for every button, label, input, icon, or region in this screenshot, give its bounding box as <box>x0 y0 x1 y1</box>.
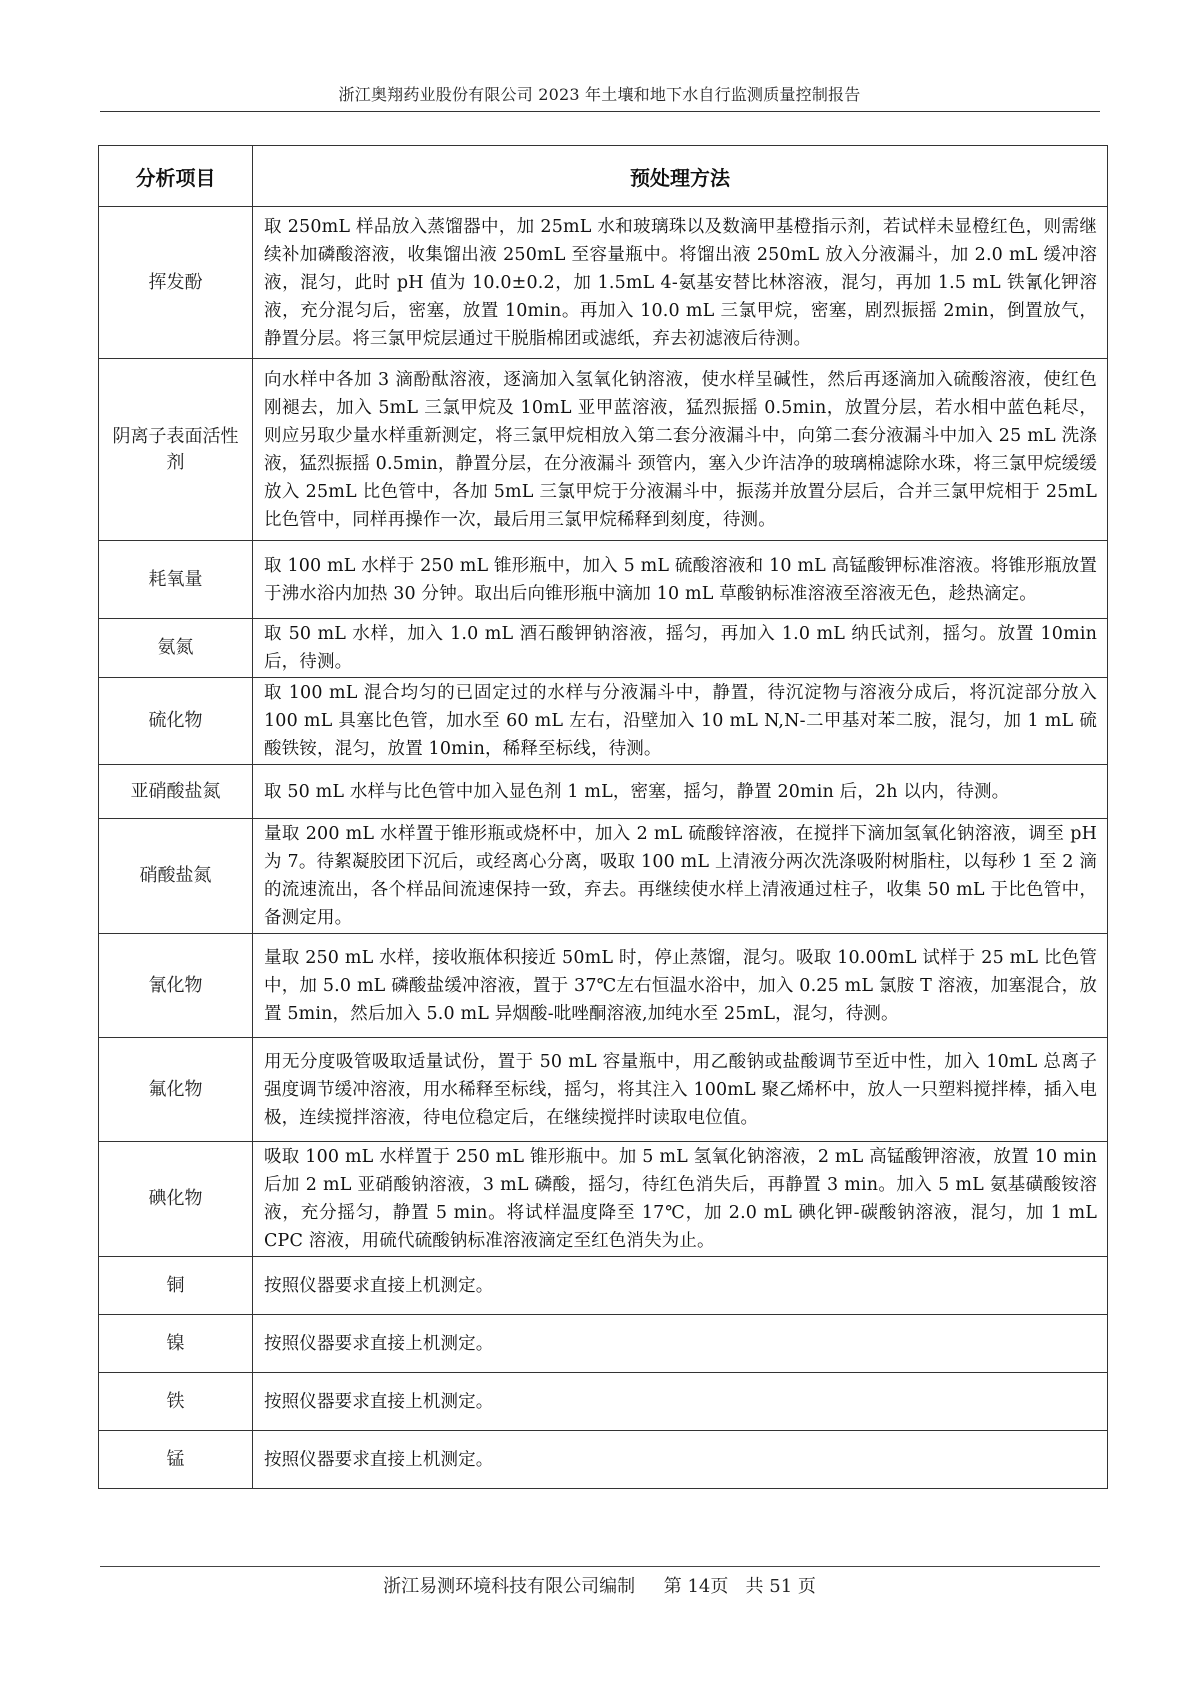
analysis-item-cell: 挥发酚 <box>99 207 253 359</box>
table-row: 硝酸盐氮 量取 200 mL 水样置于锥形瓶或烧杯中，加入 2 mL 硫酸锌溶液… <box>99 819 1108 934</box>
table-row: 阴离子表面活性剂 向水样中各加 3 滴酚酞溶液，逐滴加入氢氧化钠溶液，使水样呈碱… <box>99 359 1108 541</box>
method-cell: 量取 200 mL 水样置于锥形瓶或烧杯中，加入 2 mL 硫酸锌溶液，在搅拌下… <box>253 819 1108 934</box>
table-header-row: 分析项目 预处理方法 <box>99 146 1108 207</box>
analysis-item-cell: 氰化物 <box>99 934 253 1038</box>
method-cell: 取 100 mL 水样于 250 mL 锥形瓶中，加入 5 mL 硫酸溶液和 1… <box>253 541 1108 619</box>
analysis-item-cell: 铜 <box>99 1257 253 1315</box>
header-divider <box>100 111 1100 112</box>
analysis-item-cell: 氟化物 <box>99 1038 253 1142</box>
table-row: 耗氧量 取 100 mL 水样于 250 mL 锥形瓶中，加入 5 mL 硫酸溶… <box>99 541 1108 619</box>
method-cell: 按照仪器要求直接上机测定。 <box>253 1257 1108 1315</box>
method-cell: 取 100 mL 混合均匀的已固定过的水样与分液漏斗中，静置，待沉淀物与溶液分成… <box>253 678 1108 765</box>
analysis-item-cell: 氨氮 <box>99 619 253 678</box>
method-cell: 吸取 100 mL 水样置于 250 mL 锥形瓶中。加 5 mL 氢氧化钠溶液… <box>253 1142 1108 1257</box>
table-row: 碘化物 吸取 100 mL 水样置于 250 mL 锥形瓶中。加 5 mL 氢氧… <box>99 1142 1108 1257</box>
analysis-item-cell: 锰 <box>99 1431 253 1489</box>
analysis-item-cell: 硫化物 <box>99 678 253 765</box>
table-row: 挥发酚 取 250mL 样品放入蒸馏器中，加 25mL 水和玻璃珠以及数滴甲基橙… <box>99 207 1108 359</box>
method-cell: 按照仪器要求直接上机测定。 <box>253 1431 1108 1489</box>
table-row: 氨氮 取 50 mL 水样，加入 1.0 mL 酒石酸钾钠溶液，摇匀，再加入 1… <box>99 619 1108 678</box>
method-cell: 取 50 mL 水样与比色管中加入显色剂 1 mL，密塞，摇匀，静置 20min… <box>253 765 1108 819</box>
method-cell: 按照仪器要求直接上机测定。 <box>253 1315 1108 1373</box>
table-row: 氟化物 用无分度吸管吸取适量试份，置于 50 mL 容量瓶中，用乙酸钠或盐酸调节… <box>99 1038 1108 1142</box>
method-cell: 向水样中各加 3 滴酚酞溶液，逐滴加入氢氧化钠溶液，使水样呈碱性，然后再逐滴加入… <box>253 359 1108 541</box>
method-cell: 取 50 mL 水样，加入 1.0 mL 酒石酸钾钠溶液，摇匀，再加入 1.0 … <box>253 619 1108 678</box>
table-row: 亚硝酸盐氮 取 50 mL 水样与比色管中加入显色剂 1 mL，密塞，摇匀，静置… <box>99 765 1108 819</box>
table-row: 铁 按照仪器要求直接上机测定。 <box>99 1373 1108 1431</box>
method-cell: 用无分度吸管吸取适量试份，置于 50 mL 容量瓶中，用乙酸钠或盐酸调节至近中性… <box>253 1038 1108 1142</box>
analysis-item-cell: 亚硝酸盐氮 <box>99 765 253 819</box>
table-row: 锰 按照仪器要求直接上机测定。 <box>99 1431 1108 1489</box>
table-row: 氰化物 量取 250 mL 水样，接收瓶体积接近 50mL 时，停止蒸馏，混匀。… <box>99 934 1108 1038</box>
page-header-title: 浙江奥翔药业股份有限公司 2023 年土壤和地下水自行监测质量控制报告 <box>0 82 1199 105</box>
method-cell: 按照仪器要求直接上机测定。 <box>253 1373 1108 1431</box>
method-cell: 取 250mL 样品放入蒸馏器中，加 25mL 水和玻璃珠以及数滴甲基橙指示剂，… <box>253 207 1108 359</box>
analysis-item-cell: 阴离子表面活性剂 <box>99 359 253 541</box>
footer-divider <box>100 1566 1100 1567</box>
column-header-pretreatment-method: 预处理方法 <box>253 146 1108 207</box>
table-row: 硫化物 取 100 mL 混合均匀的已固定过的水样与分液漏斗中，静置，待沉淀物与… <box>99 678 1108 765</box>
analysis-item-cell: 镍 <box>99 1315 253 1373</box>
analysis-item-cell: 耗氧量 <box>99 541 253 619</box>
analysis-item-cell: 硝酸盐氮 <box>99 819 253 934</box>
table-row: 铜 按照仪器要求直接上机测定。 <box>99 1257 1108 1315</box>
analysis-item-cell: 铁 <box>99 1373 253 1431</box>
column-header-analysis-item: 分析项目 <box>99 146 253 207</box>
page-footer: 浙江易测环境科技有限公司编制 第 14页 共 51 页 <box>0 1572 1199 1598</box>
method-cell: 量取 250 mL 水样，接收瓶体积接近 50mL 时，停止蒸馏，混匀。吸取 1… <box>253 934 1108 1038</box>
analysis-item-cell: 碘化物 <box>99 1142 253 1257</box>
table-row: 镍 按照仪器要求直接上机测定。 <box>99 1315 1108 1373</box>
pretreatment-methods-table: 分析项目 预处理方法 挥发酚 取 250mL 样品放入蒸馏器中，加 25mL 水… <box>98 145 1108 1489</box>
